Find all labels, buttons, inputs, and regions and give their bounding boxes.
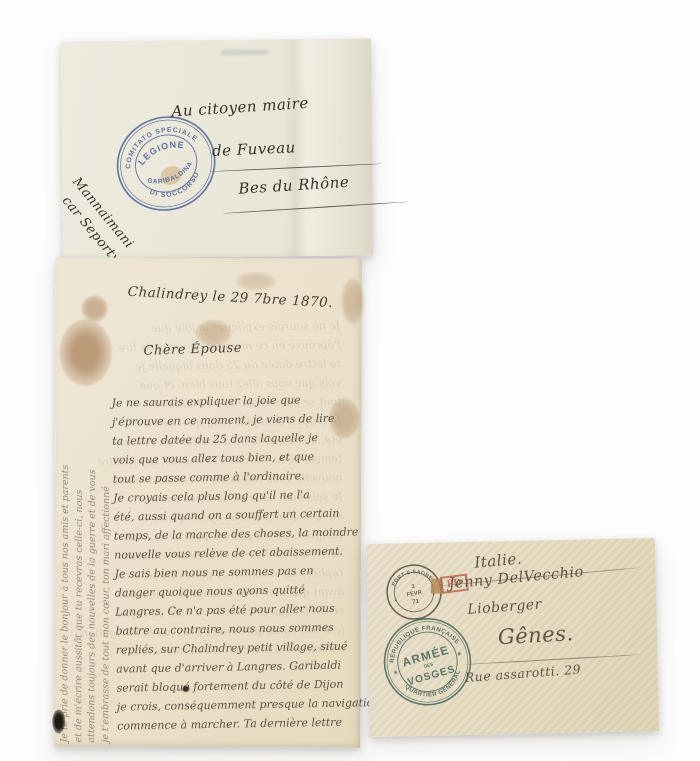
- envelope-country: Italie.: [474, 550, 523, 572]
- handwritten-letter-page: Je ne saurais expliquer la joie quej'épr…: [54, 257, 362, 747]
- foxing-stain: [236, 272, 276, 290]
- armee-des-vosges-svg: RÉPUBLIQUE FRANÇAISE QUARTIER GÉNÉRAL ✳ …: [372, 606, 484, 718]
- flourish-line: [223, 201, 409, 214]
- foxing-stain: [342, 278, 364, 324]
- cross-writing-line: Je te prie de donner le bonjour à tous n…: [58, 297, 73, 742]
- envelope-recipient: Jenny DelVecchio: [448, 564, 584, 592]
- star-icon: ✳: [393, 669, 399, 676]
- postmark-year: 71: [412, 598, 420, 606]
- envelope-recipient-line2: Lioberger: [467, 596, 543, 617]
- postmark-day: 3: [411, 584, 415, 590]
- address-line-commune: de Fuveau: [212, 138, 297, 160]
- cross-writing-line: je t'embrasse de tout mon cœur, ton mari…: [99, 298, 114, 743]
- address-line-department: Bes du Rhône: [238, 173, 350, 198]
- margin-cross-writing: Je te prie de donner le bonjour à tous n…: [56, 297, 116, 744]
- letter-body: Je ne saurais expliquer la joie quej'épr…: [111, 389, 361, 735]
- ink-blot: [52, 709, 65, 733]
- photo-of-historic-letters: COMITATO SPECIALE DI SOCCORSO LEGIONE GA…: [0, 0, 700, 761]
- star-icon: ✳: [457, 651, 463, 658]
- pencil-smudge: [221, 49, 269, 55]
- letter-salutation: Chère Épouse: [143, 341, 242, 359]
- stamp-center-line1: LEGIONE: [133, 133, 188, 169]
- flourish-line: [210, 163, 382, 172]
- envelope-to-genoa: PORT-S-SAONE 3 FEVR 71 PD RÉPUBLIQUE FRA…: [366, 538, 659, 737]
- letter-body-line: commence à marcher. Ta dernière lettre: [117, 712, 361, 735]
- envelope-city: Gênes.: [497, 621, 574, 649]
- cross-writing-line: attendons toujours des nouvelles de la g…: [85, 298, 100, 743]
- ink-speck: [182, 686, 189, 692]
- address-line-citoyen-maire: Au citoyen maire: [171, 94, 309, 121]
- postmark-month: FEVR: [406, 590, 422, 598]
- armee-des-vosges-stamp: RÉPUBLIQUE FRANÇAISE QUARTIER GÉNÉRAL ✳ …: [372, 606, 484, 718]
- envelope-street: Rue assarotti. 29: [464, 661, 581, 684]
- folded-letter: COMITATO SPECIALE DI SOCCORSO LEGIONE GA…: [61, 38, 373, 258]
- letter-dateline: Chalindrey le 29 7bre 1870.: [127, 284, 333, 311]
